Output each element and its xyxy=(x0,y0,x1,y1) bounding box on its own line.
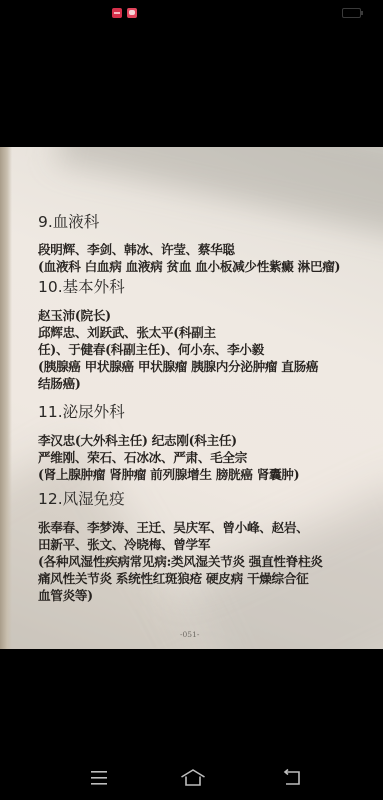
section-title: 9.血液科 xyxy=(38,210,99,232)
section-title: 12.风湿免疫 xyxy=(38,487,125,509)
home-icon xyxy=(180,768,206,788)
shadow-overlay xyxy=(55,147,383,250)
disease-list: 血管炎等) xyxy=(38,585,93,604)
page-number: -051- xyxy=(180,630,199,639)
section-title: 10.基本外科 xyxy=(38,275,125,297)
battery-icon xyxy=(342,8,361,18)
disease-list: 结肠癌) xyxy=(38,373,81,392)
back-button[interactable] xyxy=(281,768,305,788)
disease-list: (肾上腺肿瘤 肾肿瘤 前列腺增生 膀胱癌 肾囊肿) xyxy=(38,464,299,483)
disease-list: (血液科 白血病 血液病 贫血 血小板减少性紫癜 淋巴瘤) xyxy=(38,256,340,275)
app-notification-icon-2 xyxy=(127,8,137,18)
section-title: 11.泌尿外科 xyxy=(38,400,125,422)
home-button[interactable] xyxy=(180,768,204,788)
status-bar xyxy=(0,0,383,28)
page-binding xyxy=(0,147,12,649)
menu-button[interactable] xyxy=(88,768,112,788)
back-icon xyxy=(281,768,305,788)
book-page-photo: 9.血液科 段明辉、李剑、韩冰、许莹、蔡华聪 (血液科 白血病 血液病 贫血 血… xyxy=(0,147,383,649)
menu-icon xyxy=(88,768,112,788)
app-notification-icon xyxy=(112,8,122,18)
navigation-bar xyxy=(0,750,383,800)
